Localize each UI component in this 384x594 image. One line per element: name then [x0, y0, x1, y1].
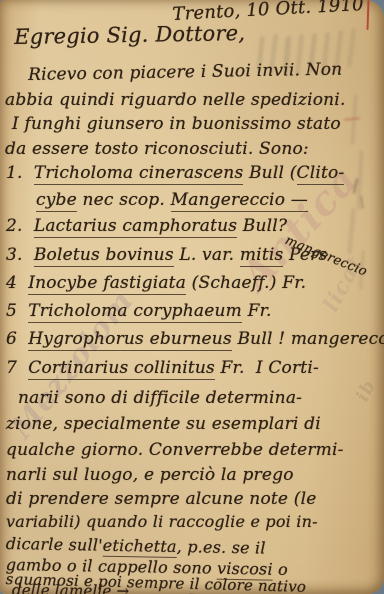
text-segment: 4: [6, 273, 28, 293]
text-segment: 5: [6, 301, 28, 321]
text-segment: Ricevo con piacere i Suoi invii. Non: [28, 60, 343, 85]
handwriting-line: Ricevo con piacere i Suoi invii. Non: [28, 61, 343, 85]
underlined-text: etichetta: [103, 536, 177, 558]
handwriting-line: di prendere sempre alcune note (le: [6, 490, 317, 509]
list-item-7: 7 Cortinarius collinitus Fr. I Corti-: [6, 359, 319, 378]
text-segment: L. var.: [174, 245, 240, 265]
text-segment: I funghi giunsero in buonissimo stato: [12, 114, 341, 134]
list-item-1: 1. Tricholoma cinerascens Bull (Clito-: [6, 164, 344, 183]
list-item-2: 2. Lactarius camphoratus Bull?: [6, 217, 287, 236]
text-segment: nec scop.: [77, 190, 171, 210]
text-segment: narli sul luogo, e perciò la prego: [6, 465, 294, 485]
list-item-5: 5 Tricholoma coryphaeum Fr.: [6, 302, 272, 321]
underlined-text: Tricholoma cinerascens: [34, 163, 244, 185]
text-segment: 3.: [6, 245, 34, 265]
handwriting-line: cybe nec scop. Mangereccio —: [36, 191, 308, 210]
text-segment: qualche giorno. Converrebbe determi-: [6, 440, 344, 460]
text-segment: Bull?: [237, 216, 287, 236]
list-item-6: 6 Hygrophorus eburneus Bull ! mangerecc.: [6, 330, 384, 349]
handwriting-line: zione, specialmente su esemplari di: [6, 415, 321, 434]
text-segment: o: [273, 560, 288, 579]
handwriting-line: delle lamelle →: [12, 582, 130, 594]
handwriting-line: da essere tosto riconosciuti. Sono:: [5, 140, 309, 159]
red-pencil-mark: [366, 0, 369, 30]
handwriting-line: qualche giorno. Converrebbe determi-: [6, 441, 344, 460]
text-segment: da essere tosto riconosciuti. Sono:: [5, 139, 309, 159]
underlined-text: Cortinarius collinitus: [28, 358, 215, 380]
underlined-text: Lactarius camphoratus: [34, 216, 237, 238]
text-segment: zione, specialmente su esemplari di: [6, 414, 321, 434]
text-segment: Bull ! mangerecc.: [232, 329, 384, 349]
underlined-text: il colore nativo: [189, 575, 306, 594]
text-segment: Fr.: [242, 301, 272, 321]
handwriting-line: variabili) quando li raccoglie e poi in-: [6, 513, 318, 531]
underlined-text: Boletus bovinus: [34, 245, 174, 267]
handwriting-line: narli sul luogo, e perciò la prego: [6, 466, 294, 485]
underlined-text: Hygrophorus eburneus: [28, 329, 232, 351]
text-segment: , p.es. se il: [177, 537, 266, 558]
text-segment: dicarle sull': [6, 534, 103, 555]
handwriting-line: I funghi giunsero in buonissimo stato: [12, 115, 341, 134]
underlined-text: Clito-: [297, 163, 345, 185]
scan-artifact: [347, 208, 356, 254]
text-segment: variabili) quando li raccoglie e poi in-: [6, 512, 318, 531]
scan-artifact: [347, 28, 357, 68]
salutation: Egregio Sig. Dottore,: [14, 22, 245, 49]
underlined-text: mitis: [240, 245, 284, 267]
underlined-text: Tricholoma coryphaeum: [28, 301, 242, 323]
list-item-3: 3. Boletus bovinus L. var. mitis Pers: [6, 246, 327, 265]
text-segment: 6: [6, 329, 28, 349]
text-segment: 1.: [6, 163, 34, 183]
handwriting-line: narii sono di difficile determina-: [18, 389, 302, 408]
handwriting-line: abbia quindi riguardo nelle spedizioni.: [5, 91, 346, 110]
underlined-text: Inocybe fastigiata: [28, 273, 186, 295]
list-item-4: 4 Inocybe fastigiata (Schaeff.) Fr.: [6, 274, 306, 293]
underlined-text: cybe: [36, 190, 77, 212]
text-segment: (Schaeff.) Fr.: [186, 273, 306, 293]
scan-background: AnticaMezzolomlicatib Trento, 10 Ott. 19…: [0, 0, 384, 594]
text-segment: Bull (: [243, 163, 296, 183]
text-segment: 2.: [6, 216, 34, 236]
text-segment: di prendere sempre alcune note (le: [6, 489, 317, 509]
text-segment: 7: [6, 358, 28, 378]
text-segment: Fr. I Corti-: [215, 358, 319, 378]
underlined-text: Mangereccio —: [171, 190, 308, 212]
text-segment: delle lamelle →: [12, 581, 130, 594]
text-segment: narii sono di difficile determina-: [18, 388, 302, 408]
scan-artifact: [360, 196, 364, 209]
ghost-writing: ib: [352, 377, 380, 405]
handwriting-line: dicarle sull'etichetta, p.es. se il: [6, 535, 266, 557]
text-segment: Egregio Sig. Dottore,: [14, 21, 245, 49]
text-segment: abbia quindi riguardo nelle spedizioni.: [5, 90, 346, 110]
postcard-paper: AnticaMezzolomlicatib Trento, 10 Ott. 19…: [0, 0, 384, 594]
